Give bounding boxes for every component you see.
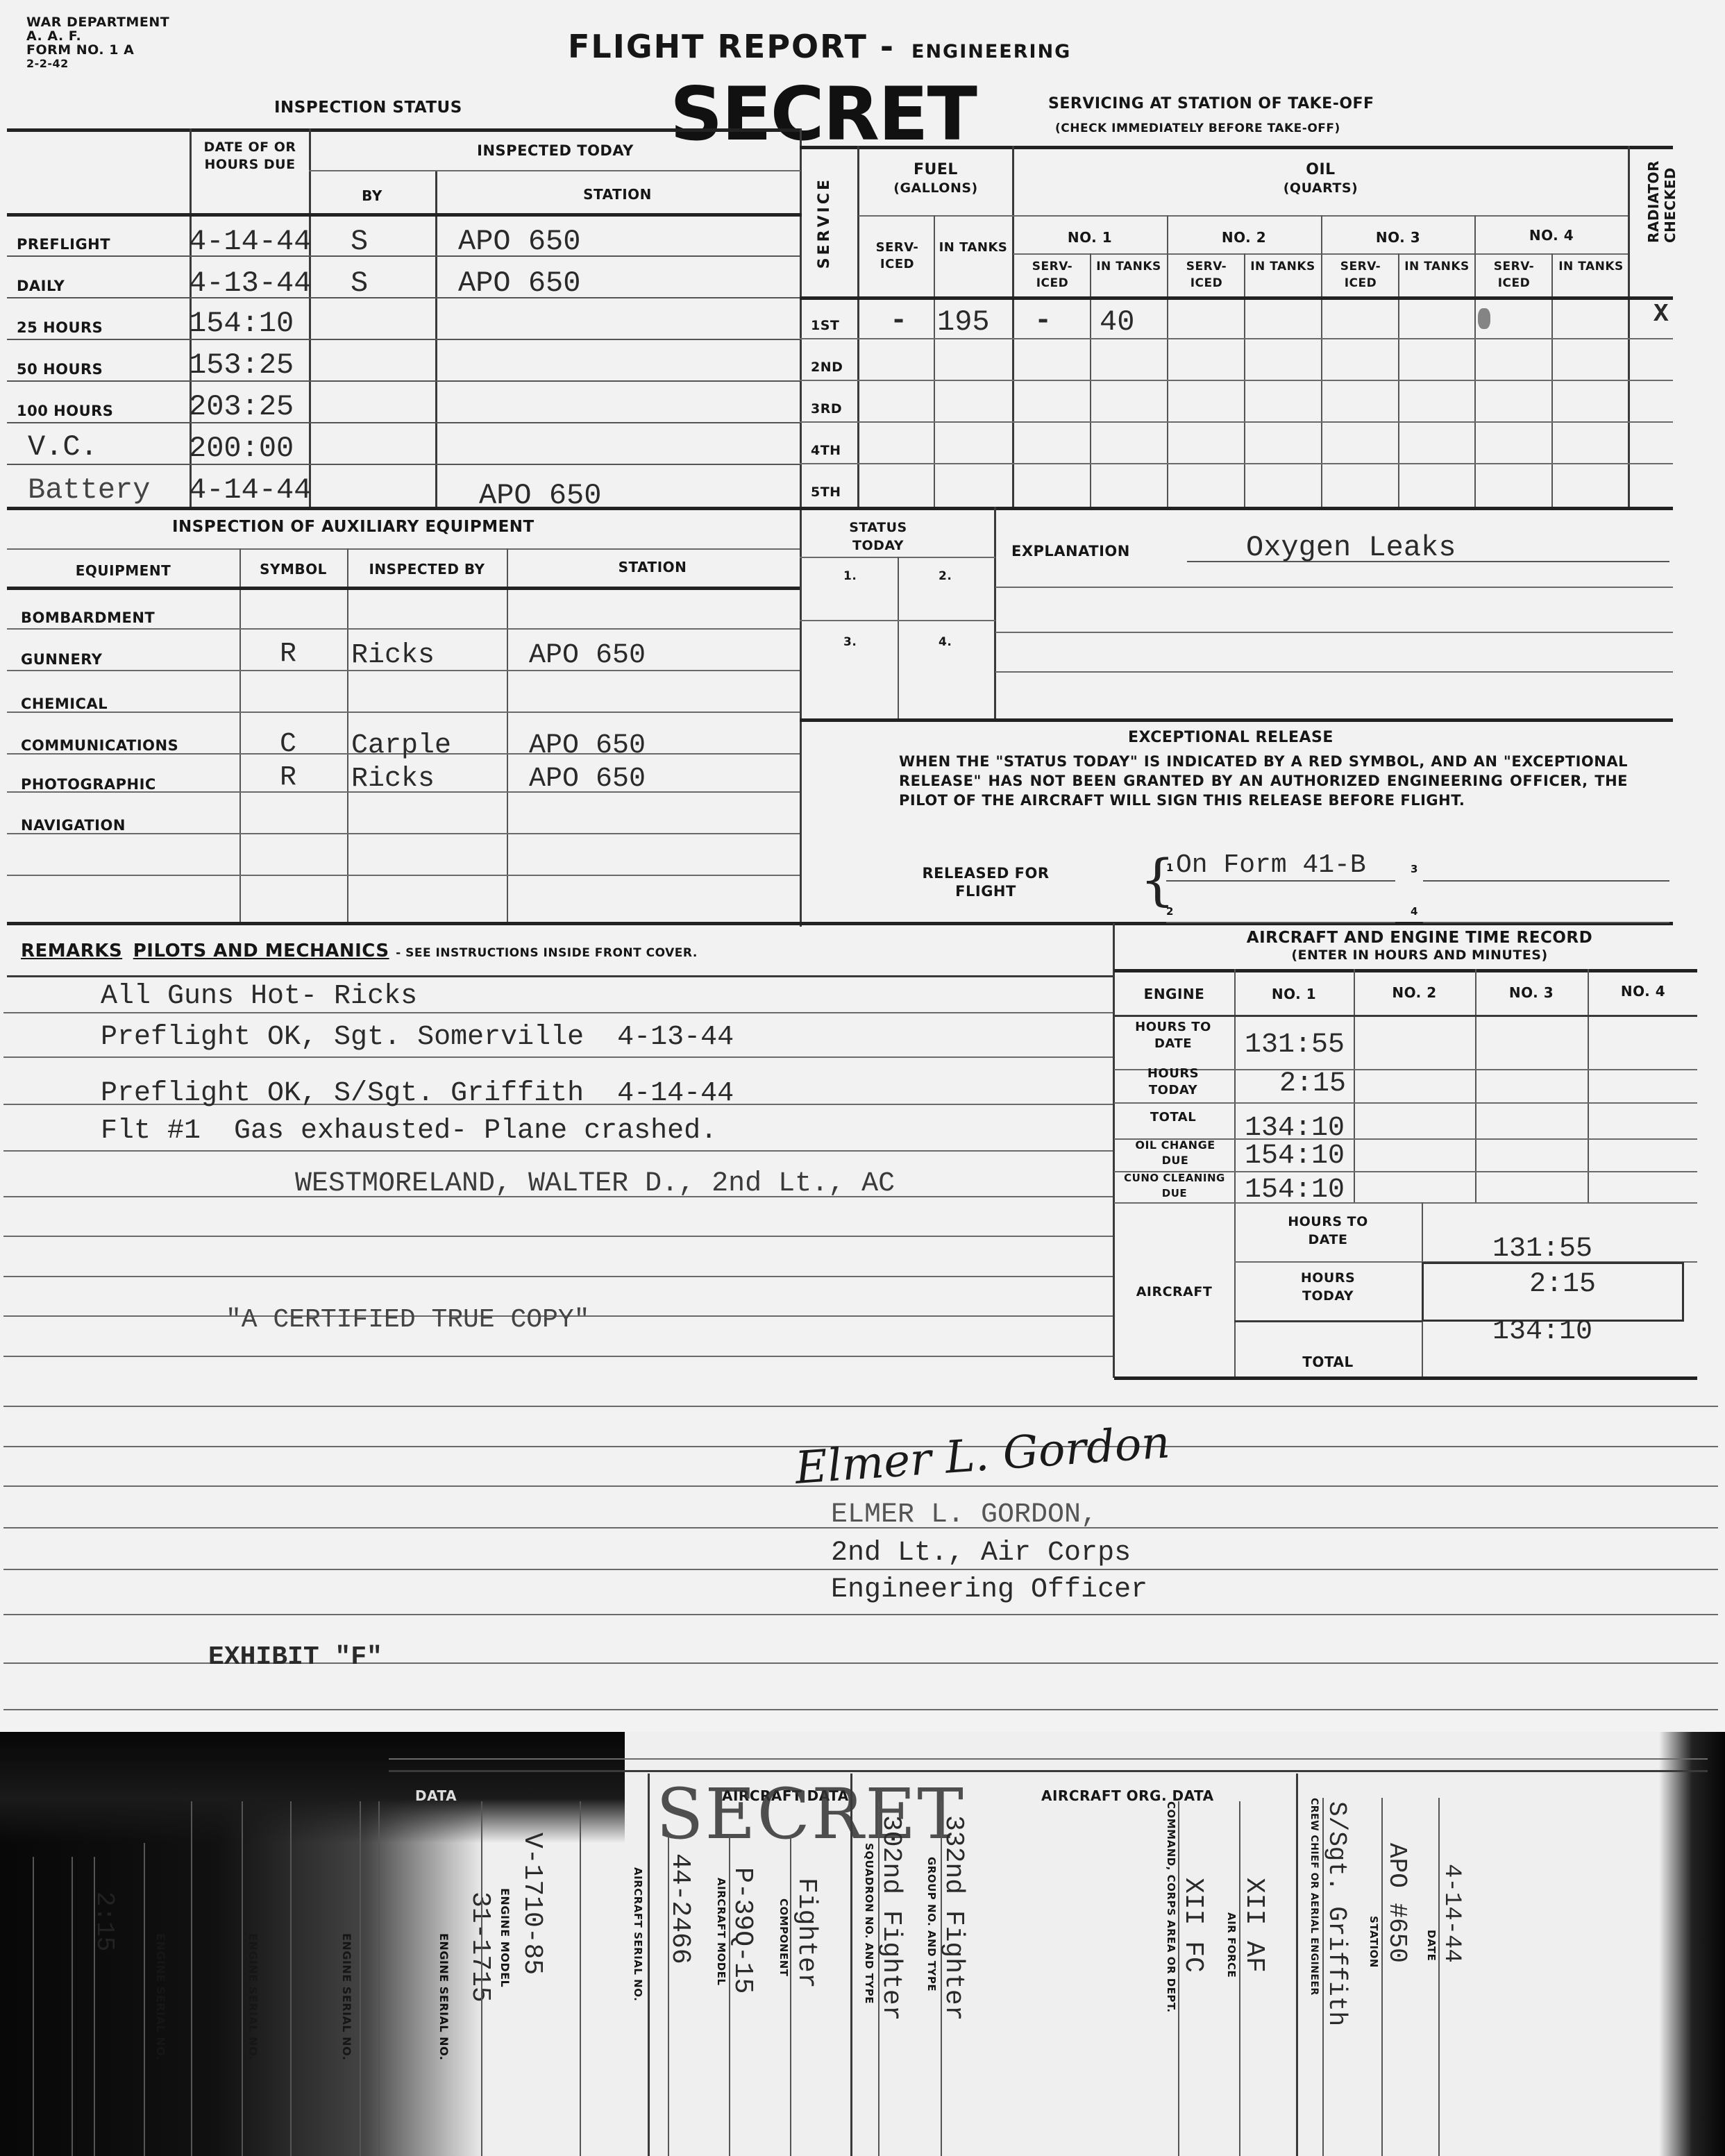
status-cell-3[interactable]: 3. [843,635,857,649]
engine1-value[interactable]: 154:10 [1245,1174,1345,1206]
slot-number: 4 [1411,905,1418,918]
explanation-value: Oxygen Leaks [1246,531,1456,564]
divider [389,1770,1708,1772]
time-record-title: AIRCRAFT AND ENGINE TIME RECORD [1114,929,1725,947]
divider [7,128,802,132]
station-label: STATION [1368,1916,1380,1968]
dept-line: 2-2-42 [26,57,169,71]
aircraft-model-label: AIRCRAFT MODEL [715,1878,727,1986]
engine-model-value: V-1710-85 [517,1833,547,1975]
oil3-serviced-header: SERV- ICED [1323,258,1398,292]
oil1-serviced[interactable]: - [1034,304,1052,337]
service-label-3rd: 3RD [811,401,842,416]
aux-row-photographic: PHOTOGRAPHIC R Ricks APO 650 [7,755,800,791]
aux-symbol[interactable]: R [280,639,296,670]
aircraft-row-total: TOTAL 134:10 [1234,1322,1697,1379]
engine1-value[interactable]: 2:15 [1279,1068,1346,1100]
col-equipment: EQUIPMENT [7,562,239,579]
time-record-subtitle: (ENTER IN HOURS AND MINUTES) [1114,948,1725,963]
form-title: FLIGHT REPORT - ENGINEERING [568,28,1071,65]
engine-col-2: NO. 2 [1354,984,1475,1001]
fuel-title: FUEL [859,161,1013,179]
divider [3,1150,1113,1152]
divider [7,507,1673,510]
row-label: 100 HOURS [17,403,113,419]
row-date[interactable]: 4-13-44 [189,267,311,300]
remark-line-1[interactable]: All Guns Hot- Ricks [101,981,417,1012]
aux-label: BOMBARDMENT [21,609,155,626]
release-slot-2[interactable]: 2 [1166,895,1395,923]
radiator-checked: RADIATOR CHECKED [1645,160,1681,243]
oil1-in-tanks[interactable]: 40 [1100,305,1134,339]
date-value: 4-14-44 [1438,1864,1465,1963]
divider [995,632,1673,633]
row-by[interactable]: S [351,267,368,300]
engine-serial-label: ENGINE SERIAL NO. [340,1933,353,2060]
fuel-in-tanks-header: IN TANKS [935,239,1011,256]
col-engine: ENGINE [1114,986,1234,1002]
divider [7,548,800,550]
divider [800,128,802,927]
time-row-label: OIL CHANGE DUE [1120,1138,1231,1168]
divider [800,463,1673,464]
aux-inspected-by[interactable]: Ricks [351,640,435,671]
divider [3,1056,1113,1058]
oil-unit: (QUARTS) [1013,179,1628,197]
divider [995,587,1673,588]
oil4-serviced-header: SERV- ICED [1476,258,1551,292]
divider [1438,1798,1440,2156]
aircraft-row-label: HOURS TO DATE [1276,1213,1380,1249]
remark-line-5[interactable]: WESTMORELAND, WALTER D., 2nd Lt., AC [295,1168,895,1199]
group-value: 332nd Fighter [939,1815,968,2021]
aux-station[interactable]: APO 650 [529,764,646,795]
aircraft-model-value: P-39Q-15 [727,1867,757,1994]
release-slot-1[interactable]: 1 On Form 41-B [1166,850,1395,882]
aux-label: PHOTOGRAPHIC [21,776,156,793]
explanation-field[interactable]: Oxygen Leaks [1187,531,1669,562]
inspection-row-50-hours: 50 HOURS 153:25 [7,340,800,382]
divider [7,628,800,630]
fuel-serviced[interactable]: - [890,304,907,337]
air-force-value: XII AF [1239,1878,1269,1973]
squadron-value: 302nd Fighter [876,1815,906,2021]
oil4-in-tanks-header: IN TANKS [1554,258,1629,275]
divider [800,620,995,621]
inspection-row-daily: DAILY 4-13-44 S APO 650 [7,257,800,298]
remarks-title: REMARKS PILOTS AND MECHANICS - SEE INSTR… [21,941,698,961]
aux-station[interactable]: APO 650 [529,640,646,671]
row-date[interactable]: 154:10 [189,307,294,340]
scan-shadow-right [1659,1732,1725,2156]
bottom-strip: DATA 2:15 ENGINE SERIAL NO. ENGINE SERIA… [0,1732,1725,2156]
row-by[interactable]: S [351,225,368,258]
service-label-2nd: 2ND [811,360,843,375]
aux-row-communications: COMMUNICATIONS C Carple APO 650 [7,714,800,753]
divider [7,711,800,713]
row-date[interactable]: 4-14-44 [189,225,311,258]
released-for-flight-label: RELEASED FOR FLIGHT [895,864,1076,900]
time-row-label: HOURS TO DATE [1128,1019,1218,1052]
time-row-cuno-cleaning-due: CUNO CLEANING DUE 154:10 [1114,1173,1697,1202]
fuel-in-tanks[interactable]: 195 [937,305,990,339]
signer-title: Engineering Officer [831,1574,1147,1606]
title-suffix: ENGINEERING [911,41,1071,62]
divider [800,338,1673,339]
command-value: XII FC [1178,1878,1208,1973]
divider [994,507,996,721]
divider [3,1614,1718,1615]
divider [3,1012,1113,1013]
release-slot-3[interactable]: 3 [1423,850,1669,882]
oil1-in-tanks-header: IN TANKS [1091,258,1166,275]
col-aux-station: STATION [507,559,798,575]
org-data-title: AIRCRAFT ORG. DATA [1041,1787,1214,1804]
row-label: Battery [28,473,150,507]
oil-group-3: NO. 3 [1322,229,1474,246]
engine1-value[interactable]: 134:10 [1245,1113,1345,1144]
engine-col-3: NO. 3 [1475,984,1588,1001]
fuel-serviced-header: SERV- ICED [861,239,934,273]
aux-symbol[interactable]: R [280,762,296,793]
oil-group-4: NO. 4 [1475,227,1628,244]
divider [191,1801,192,2156]
remark-line-2[interactable]: Preflight OK, Sgt. Somerville 4-13-44 [101,1022,734,1053]
col-inspected-by: INSPECTED BY [347,561,507,578]
oil3-in-tanks-header: IN TANKS [1399,258,1474,275]
divider [898,557,899,721]
aircraft-serial-label-visible: AIRCRAFT SERIAL NO. [632,1867,644,2001]
component-label: COMPONENT [777,1898,790,1977]
engine-col-4: NO. 4 [1588,983,1699,1000]
time-row-total: TOTAL 134:10 [1114,1104,1697,1138]
fuel-header: FUEL (GALLONS) [859,161,1013,197]
divider [3,1356,1113,1357]
service-label-5th: 5TH [811,485,841,500]
oil4-mark [1478,308,1490,329]
status-cell-2[interactable]: 2. [939,569,952,583]
col-symbol: SYMBOL [239,561,347,578]
oil2-serviced-header: SERV- ICED [1169,258,1244,292]
servicing-title: SERVICING AT STATION OF TAKE-OFF [1048,95,1374,112]
aircraft-row-label: HOURS TODAY [1276,1269,1380,1305]
divider [1114,1376,1697,1380]
engine-data-title: DATA [415,1787,457,1804]
row-date[interactable]: 4-14-44 [189,473,311,507]
divider [800,421,1673,423]
service-label-4th: 4TH [811,443,841,458]
component-value: Fighter [791,1878,821,1989]
slot-value: On Form 41-B [1176,850,1366,880]
divider [481,1801,482,2156]
divider [360,1801,361,2156]
row-label: V.C. [28,430,98,464]
aux-label: COMMUNICATIONS [21,737,178,754]
aux-row-navigation: NAVIGATION [7,793,800,833]
divider [7,975,1114,977]
certified-copy: "A CERTIFIED TRUE COPY" [226,1305,590,1335]
flight-report-form: WAR DEPARTMENT A. A. F. FORM NO. 1 A 2-2… [0,0,1725,2156]
col-by: BY [309,187,435,204]
department-block: WAR DEPARTMENT A. A. F. FORM NO. 1 A 2-2… [26,15,169,71]
divider [648,1774,650,2156]
engine-model-label: ENGINE MODEL [498,1888,512,1987]
col-date-due: DATE OF OR HOURS DUE [201,139,298,174]
aircraft-label: AIRCRAFT [1114,1284,1234,1299]
aux-row-bombardment: BOMBARDMENT [7,589,800,628]
engine-col-value-time: 2:15 [90,1892,119,1951]
divider [995,671,1673,673]
inspection-row-preflight: PREFLIGHT 4-14-44 S APO 650 [7,215,800,257]
exceptional-release-body: WHEN THE "STATUS TODAY" IS INDICATED BY … [899,752,1628,810]
remark-line-4[interactable]: Flt #1 Gas exhausted- Plane crashed. [101,1115,717,1147]
service-row-1st: 1ST - 195 - 40 X [800,298,1673,338]
aux-inspected-by[interactable]: Ricks [351,764,435,795]
oil-group-2: NO. 2 [1168,229,1320,246]
inspection-row-100-hours: 100 HOURS 203:25 [7,382,800,423]
aux-row-gunnery: GUNNERY R Ricks APO 650 [7,630,800,670]
engine-serial-value: 31-1715 [465,1892,495,2003]
command-label: COMMAND, CORPS AREA OR DEPT. [1165,1801,1177,2013]
engine-col-1: NO. 1 [1234,986,1354,1002]
aircraft-row-value[interactable]: 2:15 [1529,1269,1596,1300]
divider [144,1843,145,2156]
radiator-check[interactable]: X [1654,300,1669,328]
divider [3,1406,1718,1407]
row-date[interactable]: 153:25 [189,348,294,382]
row-label: DAILY [17,278,65,294]
col-inspected-today: INSPECTED TODAY [312,142,798,159]
oil-subheaders: SERV- ICED IN TANKS SERV- ICED IN TANKS … [1013,258,1628,300]
row-label: 50 HOURS [17,361,103,378]
dept-line: WAR DEPARTMENT [26,15,169,29]
divider [389,1758,1708,1760]
status-today-title: STATUS TODAY [840,519,916,555]
aux-label: GUNNERY [21,651,103,668]
divider [800,146,1673,149]
divider [378,1801,380,2156]
time-row-label: TOTAL [1128,1110,1218,1125]
inspection-row-battery: Battery 4-14-44 APO 650 [7,465,800,507]
oil-header: OIL (QUARTS) [1013,161,1628,197]
aux-equipment-title: INSPECTION OF AUXILIARY EQUIPMENT [172,518,535,536]
release-slot-4[interactable]: 4 [1423,895,1669,923]
aircraft-row-value[interactable]: 134:10 [1492,1316,1592,1347]
remarks-instructions: - SEE INSTRUCTIONS INSIDE FRONT COVER. [396,946,698,960]
divider [3,1569,1718,1570]
remarks-label: REMARKS [21,941,122,961]
divider [309,170,800,171]
engine1-value[interactable]: 154:10 [1245,1140,1345,1172]
inspection-row-vc: V.C. 200:00 [7,423,800,465]
oil-group-1: NO. 1 [1013,229,1166,246]
divider [1114,969,1697,972]
dept-line: FORM NO. 1 A [26,43,169,57]
air-force-label: AIR FORCE [1225,1912,1238,1978]
time-row-label: CUNO CLEANING DUE [1116,1170,1234,1201]
divider [3,1236,1113,1237]
remarks-pilots-label: PILOTS AND MECHANICS [133,941,389,961]
row-station[interactable]: APO 650 [458,225,580,258]
divider [242,1801,243,2156]
divider [3,1709,1718,1710]
station-value: APO #650 [1383,1843,1411,1963]
divider [580,1801,581,2156]
divider [850,1774,852,2156]
oil1-serviced-header: SERV- ICED [1015,258,1090,292]
dept-line: A. A. F. [26,29,169,43]
time-row-label: HOURS TODAY [1128,1066,1218,1099]
explanation-label: EXPLANATION [1011,543,1130,559]
scan-shadow-top [0,1732,625,1843]
divider [800,718,1673,722]
crew-chief-value: S/Sgt. Griffith [1322,1801,1351,2026]
signer-name: ELMER L. GORDON, [831,1499,1097,1531]
exceptional-release-title: EXCEPTIONAL RELEASE [1128,729,1333,746]
servicing-subtitle: (CHECK IMMEDIATELY BEFORE TAKE-OFF) [1055,121,1340,135]
bottom-secret-stamp: SECRET [656,1774,965,1855]
time-row-oil-change-due: OIL CHANGE DUE 154:10 [1114,1140,1697,1171]
engine-serial-label: ENGINE SERIAL NO. [154,1933,167,2060]
divider [859,215,1628,217]
oil2-in-tanks-header: IN TANKS [1245,258,1320,275]
divider [1114,1202,1697,1204]
divider [7,833,800,834]
inspection-status-title: INSPECTION STATUS [274,99,462,117]
slot-number: 2 [1166,905,1174,918]
group-label: GROUP NO. AND TYPE [925,1857,938,1991]
service-label: 1ST [811,318,839,333]
aircraft-row-value[interactable]: 131:55 [1492,1233,1592,1265]
divider [7,875,800,876]
aux-row-chemical: CHEMICAL [7,672,800,711]
slot-number: 3 [1411,863,1418,875]
inspection-row-25-hours: 25 HOURS 154:10 [7,298,800,340]
divider [71,1857,73,2156]
divider [290,1801,292,2156]
fuel-unit: (GALLONS) [859,179,1013,197]
time-row-hours-to-date: HOURS TO DATE 131:55 [1114,1017,1697,1069]
divider [3,1276,1113,1277]
row-label: PREFLIGHT [17,236,110,253]
aircraft-row-label: TOTAL [1276,1354,1380,1370]
signer-rank: 2nd Lt., Air Corps [831,1538,1131,1569]
aux-label: CHEMICAL [21,696,108,712]
row-station[interactable]: APO 650 [458,267,580,300]
engine-serial-label: ENGINE SERIAL NO. [246,1933,260,2060]
col-station: STATION [435,186,800,203]
aircraft-serial-value: 44-2466 [665,1853,695,1964]
aircraft-row-hours-today: HOURS TODAY 2:15 [1234,1263,1697,1320]
secret-stamp: SECRET [670,80,976,149]
aux-label: NAVIGATION [21,817,126,834]
divider [33,1857,34,2156]
time-row-hours-today: HOURS TODAY 2:15 [1114,1071,1697,1102]
remark-line-3[interactable]: Preflight OK, S/Sgt. Griffith 4-14-44 [101,1078,734,1109]
divider [1178,1801,1179,2156]
divider [1239,1801,1240,2156]
squadron-label: SQUADRON NO. AND TYPE [863,1843,875,2004]
signature-script: Elmer L. Gordon [793,1417,1172,1494]
status-cell-4[interactable]: 4. [939,635,952,649]
divider [1296,1774,1298,2156]
status-cell-1[interactable]: 1. [843,569,857,583]
date-label: DATE [1425,1930,1438,1961]
engine1-value[interactable]: 131:55 [1245,1029,1345,1061]
col-service: SERVICE [816,177,833,269]
row-date[interactable]: 203:25 [189,390,294,423]
crew-chief-label: CREW CHIEF OR AERIAL ENGINEER [1309,1798,1320,1996]
slot-number: 1 [1166,861,1174,874]
exhibit-label: EXHIBIT "F" [208,1642,382,1672]
title-main: FLIGHT REPORT - [568,28,895,65]
divider [1114,1102,1697,1104]
row-date[interactable]: 200:00 [189,432,294,465]
aircraft-row-hours-to-date: HOURS TO DATE 131:55 [1234,1204,1697,1261]
row-label: 25 HOURS [17,319,103,336]
oil-title: OIL [1013,161,1628,179]
divider [800,380,1673,381]
